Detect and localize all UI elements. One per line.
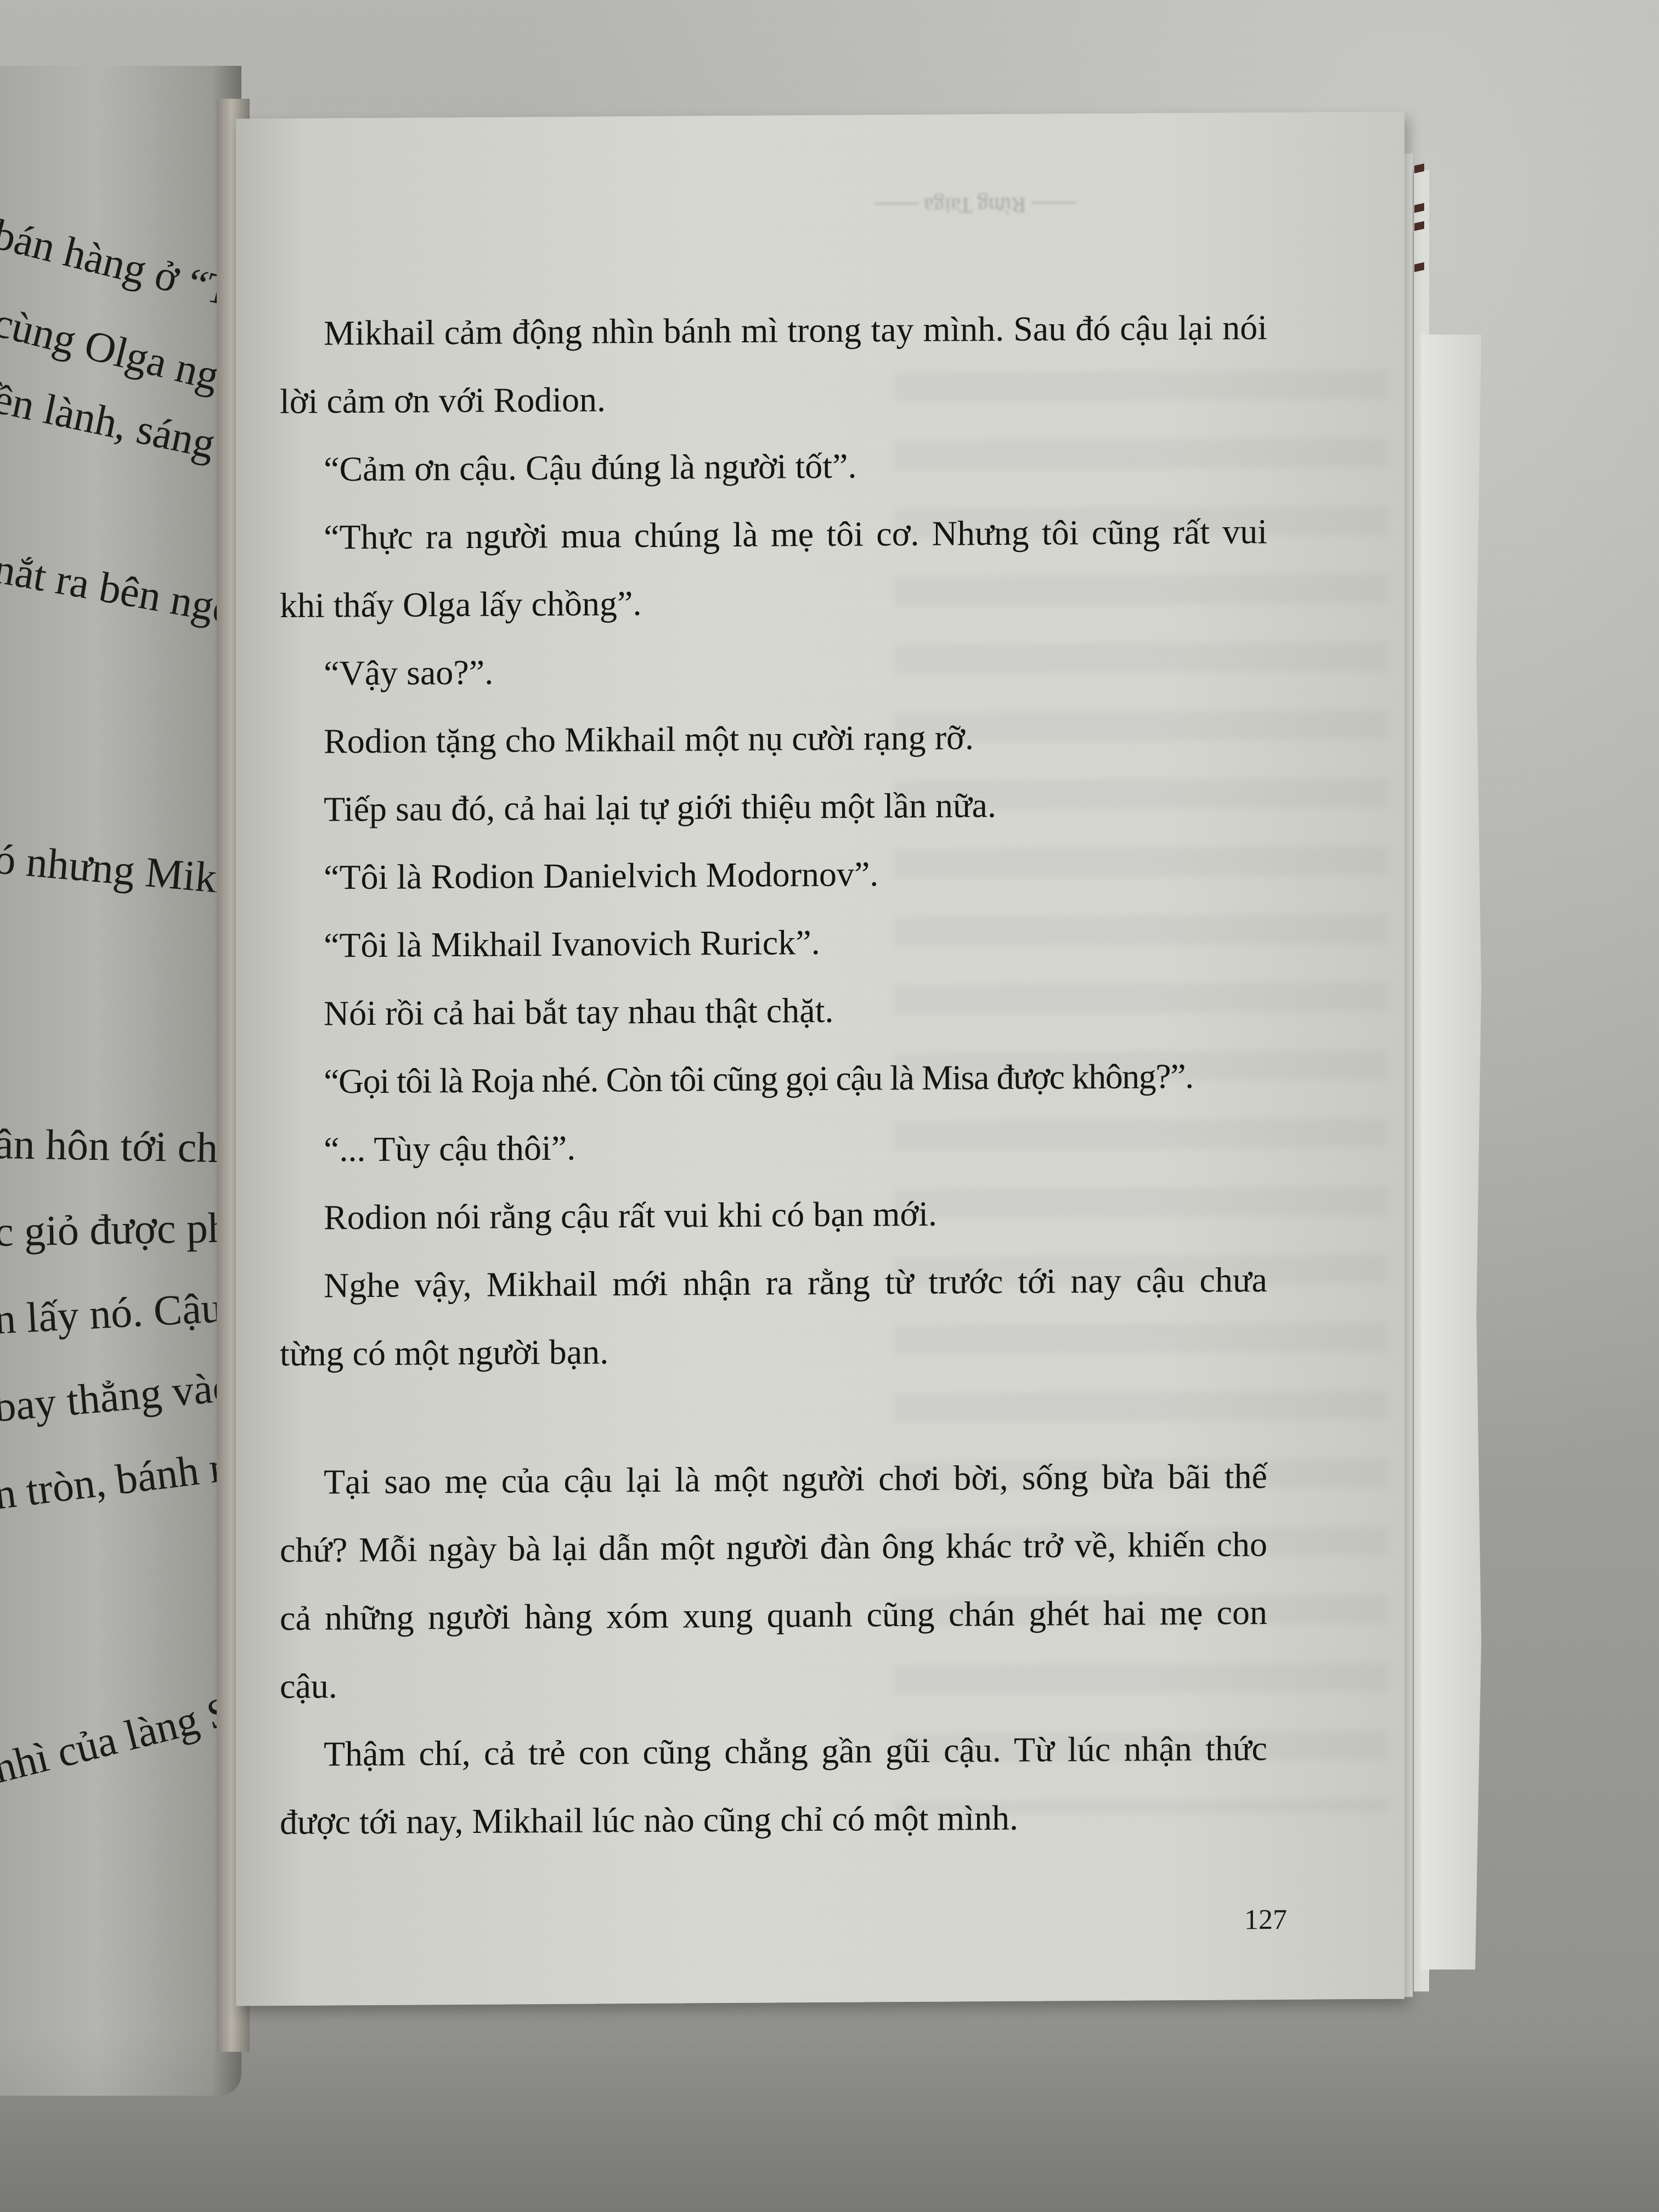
left-page-fragment: ân hôn tới cho b [0, 1119, 241, 1173]
paragraph: Tiếp sau đó, cả hai lại tự giới thiệu mộ… [280, 770, 1267, 844]
left-page-fragment: bay thẳng vào t [0, 1359, 241, 1431]
left-page-fragment: nắt ra bên ngoài [0, 544, 241, 640]
paragraph: Mikhail cảm động nhìn bánh mì trong tay … [280, 294, 1267, 436]
paragraph: Nghe vậy, Mikhail mới nhận ra rằng từ tr… [280, 1246, 1267, 1388]
running-head: —— Rừng Taiga —— [911, 196, 1075, 219]
paragraph: “Cảm ơn cậu. Cậu đúng là người tốt”. [280, 430, 1267, 504]
left-page-fragment: c giỏ được phủ và [0, 1201, 241, 1256]
left-page-fragment: nhì của làng S [0, 1686, 237, 1793]
left-page-fragment: ó nhưng Mikhail [0, 834, 241, 908]
paragraph: “Vậy sao?”. [280, 634, 1267, 708]
paragraph: “Thực ra người mua chúng là mẹ tôi cơ. N… [280, 498, 1267, 640]
shadow [0, 2030, 1659, 2212]
left-page-fragment: n lấy nó. Cậu m [0, 1280, 241, 1344]
bookmark-strip [1421, 335, 1481, 1970]
paragraph: “Tôi là Rodion Danielvich Modornov”. [280, 838, 1267, 912]
paragraph: Rodion nói rằng cậu rất vui khi có bạn m… [280, 1178, 1267, 1252]
paragraph: “Tôi là Mikhail Ivanovich Rurick”. [280, 906, 1267, 980]
left-page-fragment: bán hàng ở “Ti [0, 209, 241, 319]
right-page: —— Rừng Taiga —— Mikhail cảm động nhìn b… [236, 111, 1404, 2006]
page-number: 127 [1244, 1904, 1287, 1936]
paragraph: Nói rồi cả hai bắt tay nhau thật chặt. [280, 974, 1267, 1048]
paragraph: Thậm chí, cả trẻ con cũng chẳng gần gũi … [280, 1714, 1267, 1857]
paragraph: Rodion tặng cho Mikhail một nụ cười rạng… [280, 702, 1267, 776]
page-body: Mikhail cảm động nhìn bánh mì trong tay … [280, 294, 1267, 1857]
left-page-fragment: n tròn, bánh mì [0, 1438, 241, 1519]
paragraph: “Gọi tôi là Roja nhé. Còn tôi cũng gọi c… [280, 1042, 1267, 1116]
left-page: bán hàng ở “Ti cùng Olga ngày ền lành, s… [0, 66, 241, 2096]
paragraph: Tại sao mẹ của cậu lại là một người chơi… [280, 1442, 1267, 1720]
paragraph: “... Tùy cậu thôi”. [280, 1110, 1267, 1184]
